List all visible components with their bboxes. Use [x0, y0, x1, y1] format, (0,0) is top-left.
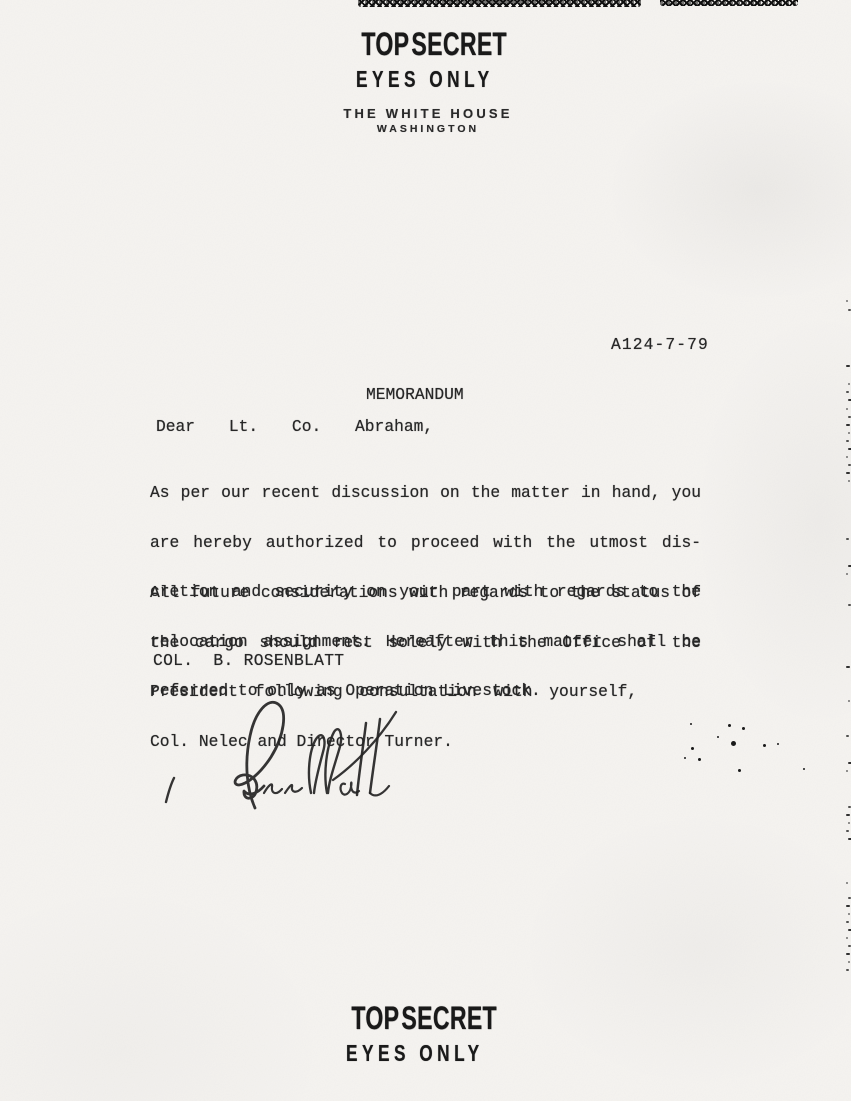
scan-noise-band-right — [660, 0, 798, 6]
top-secret-stamp-header: TOP SECRET EYES ONLY — [333, 28, 509, 92]
scan-noise-band-left — [358, 0, 641, 7]
handwritten-signature-rosenblatt — [158, 692, 438, 812]
paragraph2-line: the cargo should rest solely with the Of… — [150, 635, 701, 652]
paragraph1-line: are hereby authorized to proceed with th… — [150, 535, 701, 552]
salutation: Dear Lt. Co. Abraham, — [156, 419, 433, 436]
signature-block-typed: COL. B. ROSENBLATT — [153, 653, 344, 670]
letterhead-org: THE WHITE HOUSE — [338, 107, 518, 120]
stamp-top-secret-text: TOP SECRET — [361, 28, 507, 61]
document-title: MEMORANDUM — [366, 387, 464, 404]
white-house-letterhead: THE WHITE HOUSE WASHINGTON — [338, 107, 518, 135]
letterhead-city: WASHINGTON — [338, 124, 518, 135]
stamp-eyes-only-text: EYES ONLY — [356, 68, 494, 91]
stamp-top-secret-text: TOP SECRET — [351, 1002, 497, 1035]
reference-number: A124-7-79 — [611, 337, 709, 354]
top-secret-stamp-footer: TOP SECRET EYES ONLY — [323, 1002, 499, 1066]
stamp-eyes-only-text: EYES ONLY — [346, 1042, 484, 1065]
paragraph1-line: As per our recent discussion on the matt… — [150, 485, 701, 502]
paragraph2-line: All future considerations with regards t… — [150, 585, 701, 602]
memo-document-page: TOP SECRET EYES ONLY THE WHITE HOUSE WAS… — [0, 0, 851, 1101]
